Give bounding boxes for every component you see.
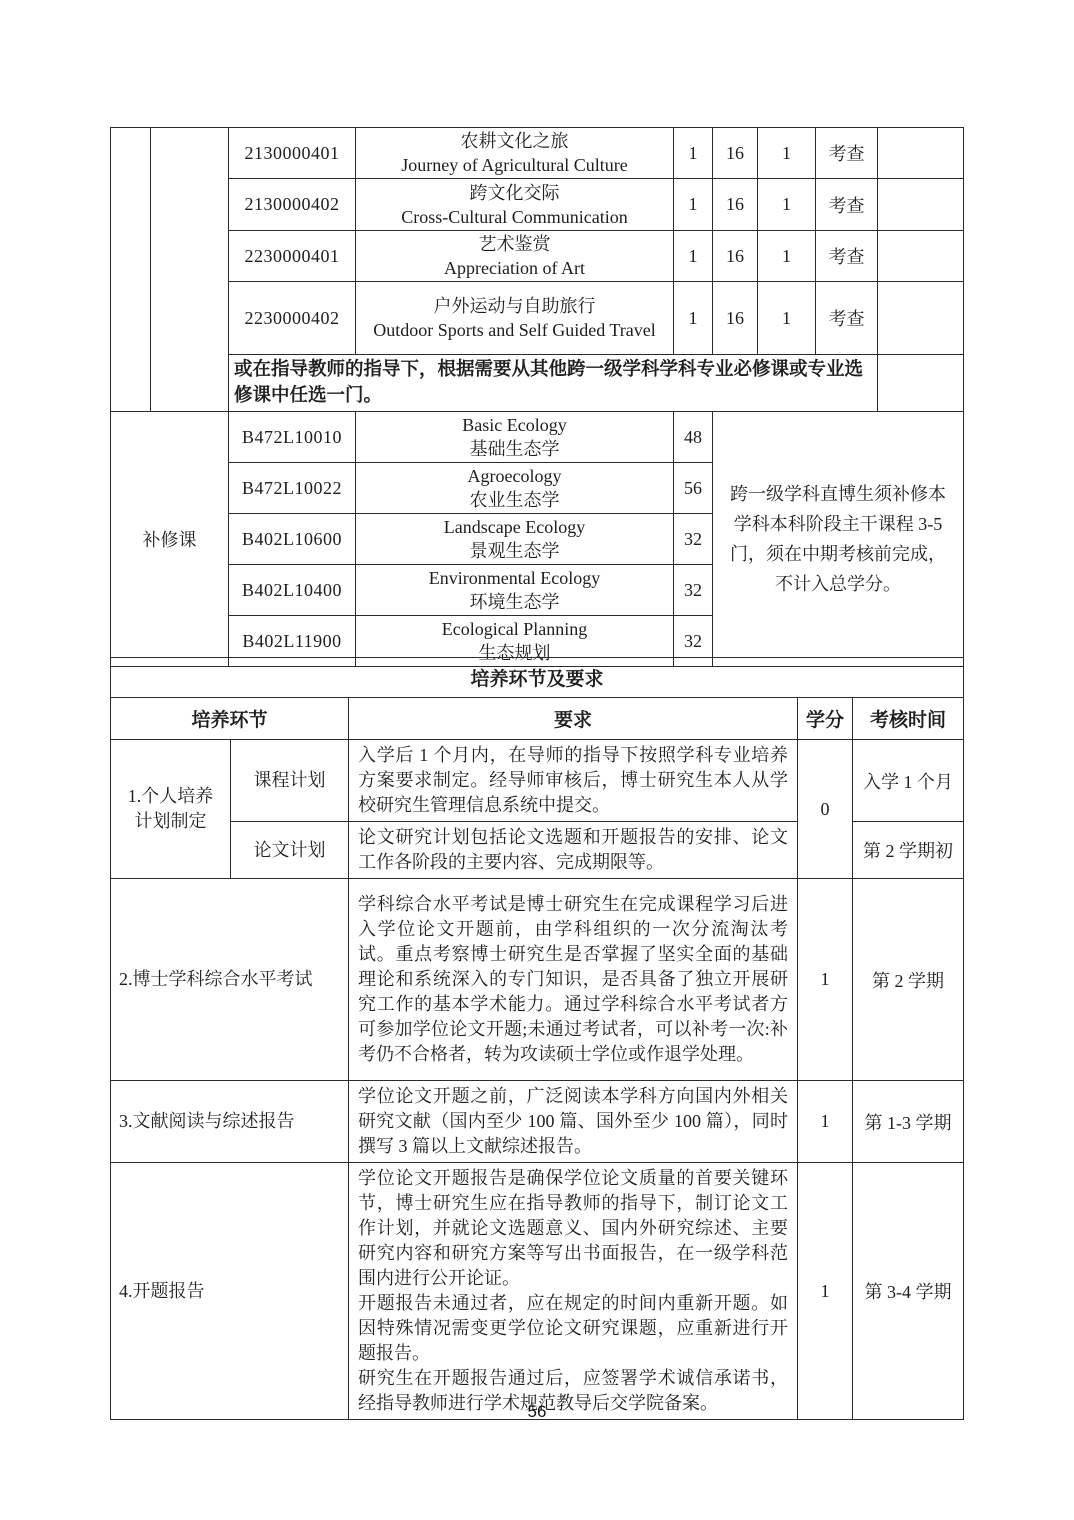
course-name: 跨文化交际 Cross-Cultural Communication — [356, 179, 674, 231]
course-name-en: Outdoor Sports and Self Guided Travel — [358, 318, 671, 342]
document-page: 2130000401 农耕文化之旅 Journey of Agricultura… — [0, 0, 1074, 1520]
course-semester: 1 — [758, 282, 816, 355]
course-name: Agroecology 农业生态学 — [356, 463, 674, 514]
course-assessment: 考查 — [816, 282, 878, 355]
stage-label: 2.博士学科综合水平考试 — [111, 879, 349, 1081]
course-hours: 16 — [713, 231, 758, 282]
course-assessment: 考查 — [816, 231, 878, 282]
header-credits: 学分 — [798, 698, 853, 740]
table-row: 2.博士学科综合水平考试 学科综合水平考试是博士研究生在完成课程学习后进入学位论… — [111, 879, 964, 1081]
table-row: 补修课 B472L10010 Basic Ecology 基础生态学 48 跨一… — [111, 412, 964, 463]
page-number: 56 — [0, 1402, 1074, 1422]
course-name-en: Journey of Agricultural Culture — [358, 153, 671, 177]
table-row: 2130000401 农耕文化之旅 Journey of Agricultura… — [111, 128, 964, 179]
course-name: Landscape Ecology 景观生态学 — [356, 514, 674, 565]
course-table: 2130000401 农耕文化之旅 Journey of Agricultura… — [110, 127, 964, 667]
course-hours: 16 — [713, 179, 758, 231]
course-hours: 48 — [674, 412, 713, 463]
supplementary-note: 跨一级学科直博生须补修本学科本科阶段主干课程 3-5 门，须在中期考核前完成，不… — [713, 412, 964, 667]
course-name: 农耕文化之旅 Journey of Agricultural Culture — [356, 128, 674, 179]
course-credits: 1 — [674, 231, 713, 282]
section-title: 培养环节及要求 — [111, 658, 964, 698]
course-credits: 1 — [674, 179, 713, 231]
course-name-en: Cross-Cultural Communication — [358, 205, 671, 229]
assessment-time: 第 2 学期初 — [853, 822, 964, 879]
requirement-text: 学科综合水平考试是博士研究生在完成课程学习后进入学位论文开题前，由学科组织的一次… — [349, 879, 798, 1081]
course-hours: 32 — [674, 565, 713, 616]
course-credits: 1 — [674, 282, 713, 355]
course-code: 2230000402 — [229, 282, 356, 355]
credits-value: 1 — [798, 879, 853, 1081]
course-hours: 56 — [674, 463, 713, 514]
course-code: B402L10600 — [229, 514, 356, 565]
course-assessment: 考查 — [816, 128, 878, 179]
course-code: 2130000401 — [229, 128, 356, 179]
table-row: 或在指导教师的指导下，根据需要从其他跨一级学科学科专业必修课或专业选修课中任选一… — [111, 355, 964, 412]
table-row: 2230000401 艺术鉴赏 Appreciation of Art 1 16… — [111, 231, 964, 282]
course-name-cn: 跨文化交际 — [358, 181, 671, 205]
stage-label: 3.文献阅读与综述报告 — [111, 1081, 349, 1163]
course-semester: 1 — [758, 231, 816, 282]
course-name-cn: 户外运动与自助旅行 — [358, 294, 671, 318]
table-row: 4.开题报告 学位论文开题报告是确保学位论文质量的首要关键环节，博士研究生应在指… — [111, 1163, 964, 1420]
course-name: Environmental Ecology 环境生态学 — [356, 565, 674, 616]
course-name-cn: 环境生态学 — [358, 590, 671, 614]
course-name-en: Appreciation of Art — [358, 256, 671, 280]
course-name-cn: 艺术鉴赏 — [358, 232, 671, 256]
credits-value: 1 — [798, 1081, 853, 1163]
empty-cell — [878, 355, 964, 412]
table-row: 2230000402 户外运动与自助旅行 Outdoor Sports and … — [111, 282, 964, 355]
empty-cell — [878, 231, 964, 282]
table-row: 3.文献阅读与综述报告 学位论文开题之前，广泛阅读本学科方向国内外相关研究文献（… — [111, 1081, 964, 1163]
course-assessment: 考查 — [816, 179, 878, 231]
elective-note: 或在指导教师的指导下，根据需要从其他跨一级学科学科专业必修课或专业选修课中任选一… — [229, 355, 878, 412]
requirement-text: 入学后 1 个月内，在导师的指导下按照学科专业培养方案要求制定。经导师审核后，博… — [349, 740, 798, 822]
assessment-time: 入学 1 个月 — [853, 740, 964, 822]
empty-cell — [878, 179, 964, 231]
course-code: 2130000402 — [229, 179, 356, 231]
course-name-en: Landscape Ecology — [358, 515, 671, 539]
course-name-en: Basic Ecology — [358, 413, 671, 437]
stage-label: 4.开题报告 — [111, 1163, 349, 1420]
requirement-text: 学位论文开题之前，广泛阅读本学科方向国内外相关研究文献（国内至少 100 篇、国… — [349, 1081, 798, 1163]
course-name-cn: 农耕文化之旅 — [358, 129, 671, 153]
assessment-time: 第 1-3 学期 — [853, 1081, 964, 1163]
course-hours: 32 — [674, 514, 713, 565]
header-requirement: 要求 — [349, 698, 798, 740]
category-spacer-cell — [111, 128, 151, 412]
course-code: 2230000401 — [229, 231, 356, 282]
course-code: B472L10010 — [229, 412, 356, 463]
header-time: 考核时间 — [853, 698, 964, 740]
requirement-text: 论文研究计划包括论文选题和开题报告的安排、论文工作各阶段的主要内容、完成期限等。 — [349, 822, 798, 879]
requirement-text: 学位论文开题报告是确保学位论文质量的首要关键环节，博士研究生应在指导教师的指导下… — [349, 1163, 798, 1420]
assessment-time: 第 3-4 学期 — [853, 1163, 964, 1420]
header-stage: 培养环节 — [111, 698, 349, 740]
assessment-time: 第 2 学期 — [853, 879, 964, 1081]
course-credits: 1 — [674, 128, 713, 179]
stage-label-line2: 计划制定 — [111, 809, 230, 834]
table-row: 1.个人培养 计划制定 课程计划 入学后 1 个月内，在导师的指导下按照学科专业… — [111, 740, 964, 822]
course-name-cn: 景观生态学 — [358, 539, 671, 563]
course-name: 户外运动与自助旅行 Outdoor Sports and Self Guided… — [356, 282, 674, 355]
table-row: 培养环节 要求 学分 考核时间 — [111, 698, 964, 740]
course-name-en: Agroecology — [358, 464, 671, 488]
stage-label-line1: 1.个人培养 — [111, 784, 230, 809]
course-semester: 1 — [758, 179, 816, 231]
empty-cell — [878, 282, 964, 355]
training-table: 培养环节及要求 培养环节 要求 学分 考核时间 1.个人培养 计划制定 课程计划… — [110, 657, 964, 1420]
course-semester: 1 — [758, 128, 816, 179]
course-hours: 16 — [713, 128, 758, 179]
credits-value: 0 — [798, 740, 853, 879]
course-name: 艺术鉴赏 Appreciation of Art — [356, 231, 674, 282]
course-name-en: Ecological Planning — [358, 617, 671, 641]
empty-cell — [878, 128, 964, 179]
course-hours: 16 — [713, 282, 758, 355]
subcategory-spacer-cell — [151, 128, 229, 412]
course-name: Basic Ecology 基础生态学 — [356, 412, 674, 463]
sub-stage-label: 课程计划 — [231, 740, 349, 822]
course-name-cn: 基础生态学 — [358, 437, 671, 461]
sub-stage-label: 论文计划 — [231, 822, 349, 879]
course-name-cn: 农业生态学 — [358, 488, 671, 512]
course-code: B472L10022 — [229, 463, 356, 514]
table-row: 2130000402 跨文化交际 Cross-Cultural Communic… — [111, 179, 964, 231]
course-name-en: Environmental Ecology — [358, 566, 671, 590]
course-code: B402L10400 — [229, 565, 356, 616]
supplementary-label: 补修课 — [111, 412, 229, 667]
credits-value: 1 — [798, 1163, 853, 1420]
table-row: 培养环节及要求 — [111, 658, 964, 698]
stage-label: 1.个人培养 计划制定 — [111, 740, 231, 879]
